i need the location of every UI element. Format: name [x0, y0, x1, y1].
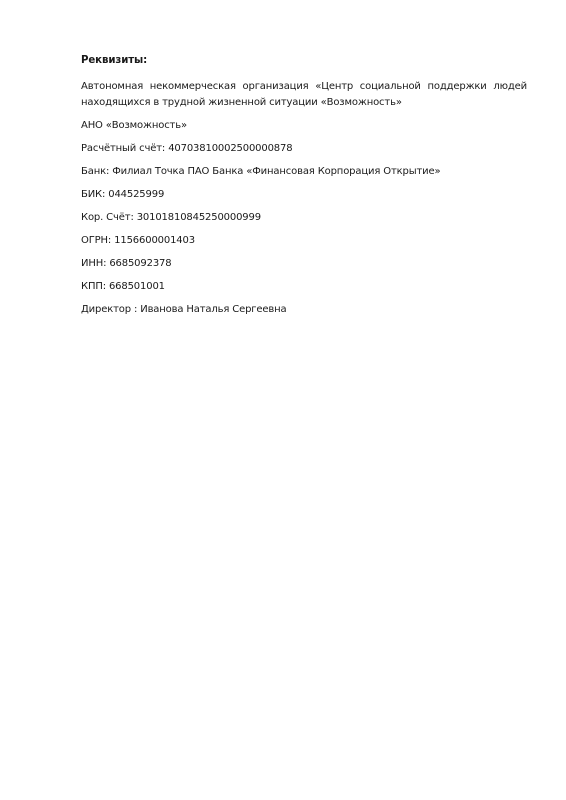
field-value: 1156600001403	[114, 235, 195, 246]
field-inn: ИНН: 6685092378	[81, 256, 527, 272]
field-value: Филиал Точка ПАО Банка «Финансовая Корпо…	[112, 166, 440, 177]
field-value: 044525999	[108, 189, 164, 200]
field-label: Банк:	[81, 166, 109, 177]
field-label: Директор :	[81, 304, 137, 315]
field-value: 6685092378	[109, 258, 171, 269]
field-bank: Банк: Филиал Точка ПАО Банка «Финансовая…	[81, 164, 527, 180]
field-label: ИНН:	[81, 258, 106, 269]
field-correspondent-account: Кор. Счёт: 30101810845250000999	[81, 210, 527, 226]
organization-short-name: АНО «Возможность»	[81, 118, 527, 134]
field-label: КПП:	[81, 281, 106, 292]
document-page: Реквизиты: Автономная некоммерческая орг…	[81, 54, 527, 325]
requisites-heading: Реквизиты:	[81, 54, 527, 68]
field-ogrn: ОГРН: 1156600001403	[81, 233, 527, 249]
field-settlement-account: Расчётный счёт: 40703810002500000878	[81, 141, 527, 157]
organization-full-name: Автономная некоммерческая организация «Ц…	[81, 79, 527, 111]
field-value: 40703810002500000878	[168, 143, 292, 154]
field-label: Кор. Счёт:	[81, 212, 134, 223]
field-value: 30101810845250000999	[137, 212, 261, 223]
field-value: 668501001	[109, 281, 165, 292]
field-label: БИК:	[81, 189, 105, 200]
field-kpp: КПП: 668501001	[81, 279, 527, 295]
field-value: Иванова Наталья Сергеевна	[140, 304, 286, 315]
field-label: ОГРН:	[81, 235, 111, 246]
field-director: Директор : Иванова Наталья Сергеевна	[81, 302, 527, 318]
field-label: Расчётный счёт:	[81, 143, 165, 154]
field-bik: БИК: 044525999	[81, 187, 527, 203]
